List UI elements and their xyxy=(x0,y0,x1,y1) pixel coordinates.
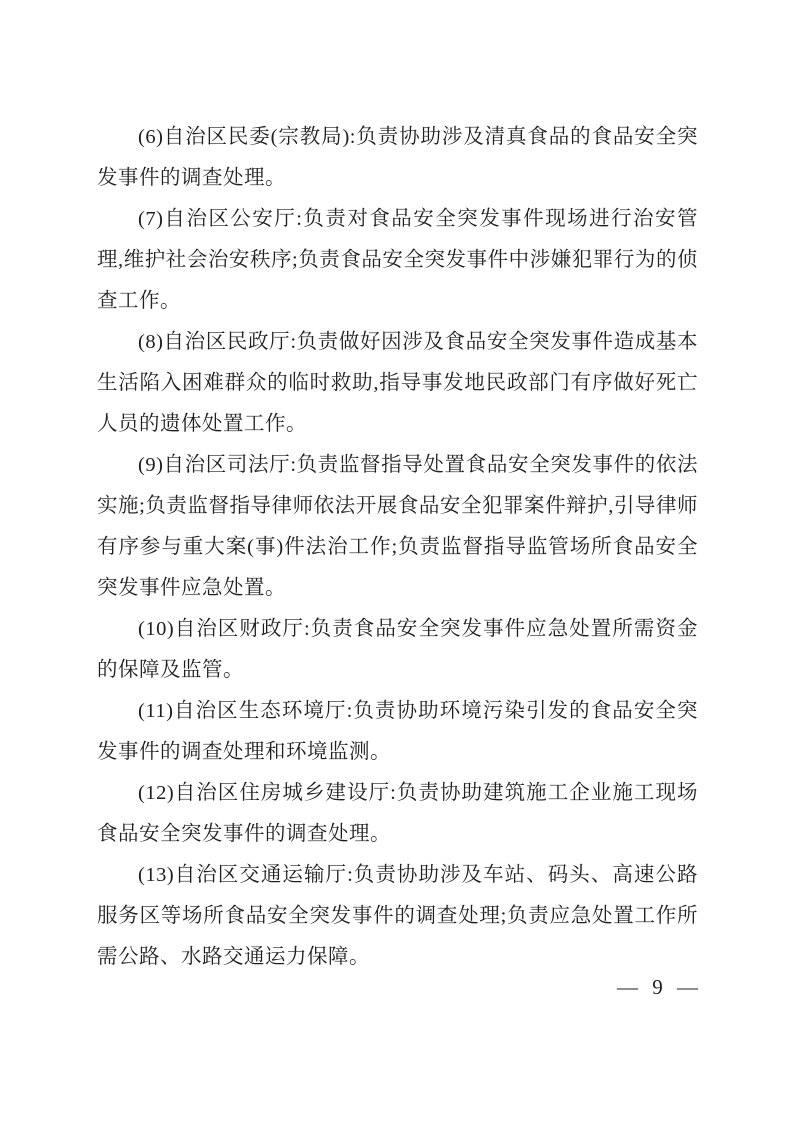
body-paragraph-item-10: (10)自治区财政厅:负责食品安全突发事件应急处置所需资金的保障及监管。 xyxy=(97,609,698,691)
document-body: (6)自治区民委(宗教局):负责协助涉及清真食品的食品安全突发事件的调查处理。 … xyxy=(97,117,698,978)
page-number: — 9 — xyxy=(97,971,698,1003)
body-paragraph-item-9: (9)自治区司法厅:负责监督指导处置食品安全突发事件的依法实施;负责监督指导律师… xyxy=(97,445,698,609)
body-paragraph-item-6: (6)自治区民委(宗教局):负责协助涉及清真食品的食品安全突发事件的调查处理。 xyxy=(97,117,698,199)
body-paragraph-item-11: (11)自治区生态环境厅:负责协助环境污染引发的食品安全突发事件的调查处理和环境… xyxy=(97,691,698,773)
body-paragraph-item-12: (12)自治区住房城乡建设厅:负责协助建筑施工企业施工现场食品安全突发事件的调查… xyxy=(97,773,698,855)
document-page: (6)自治区民委(宗教局):负责协助涉及清真食品的食品安全突发事件的调查处理。 … xyxy=(0,0,793,1122)
body-paragraph-item-8: (8)自治区民政厅:负责做好因涉及食品安全突发事件造成基本生活陷入困难群众的临时… xyxy=(97,322,698,445)
body-paragraph-item-7: (7)自治区公安厅:负责对食品安全突发事件现场进行治安管理,维护社会治安秩序;负… xyxy=(97,199,698,322)
body-paragraph-item-13: (13)自治区交通运输厅:负责协助涉及车站、码头、高速公路服务区等场所食品安全突… xyxy=(97,855,698,978)
